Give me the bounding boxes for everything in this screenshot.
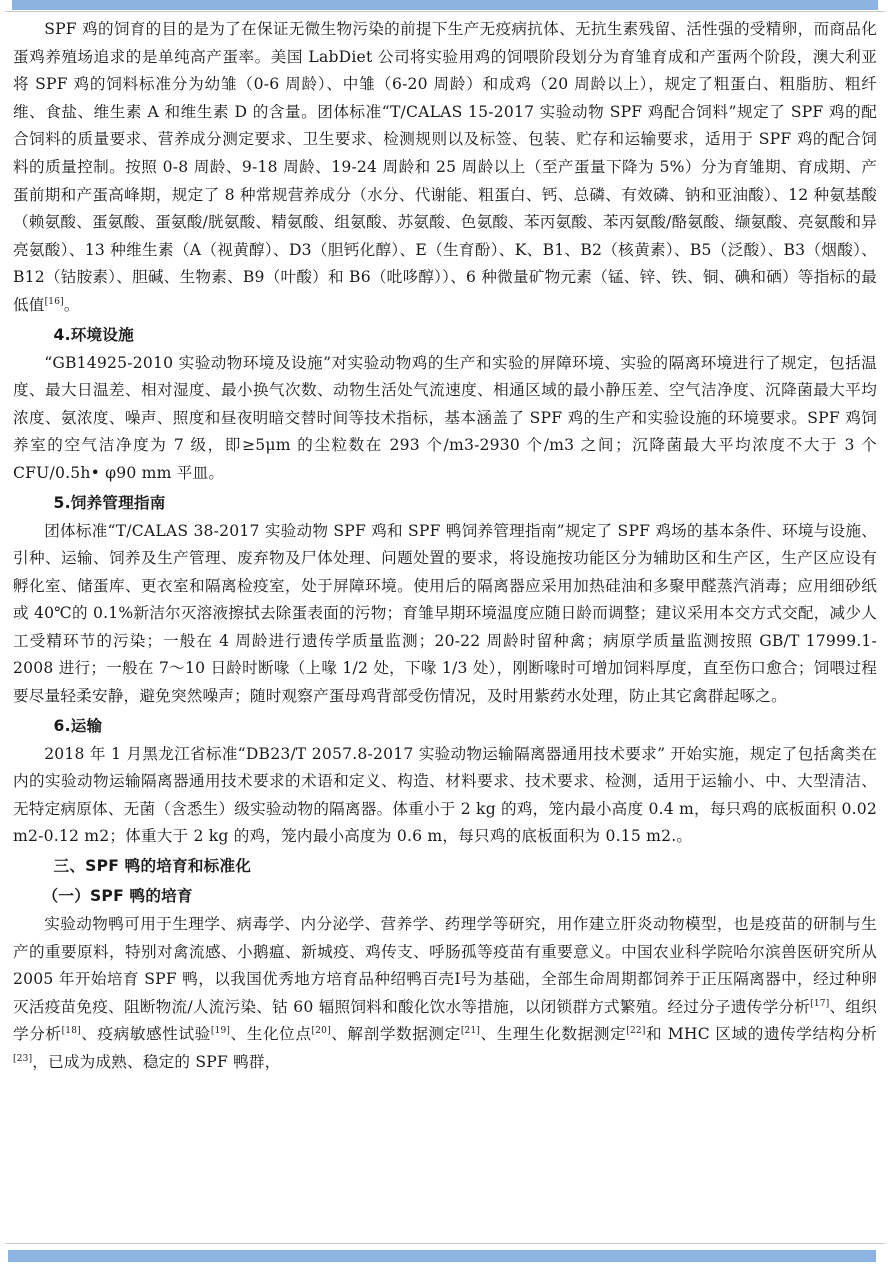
paragraph-text: 和 MHC 区域的遗传学结构分析 <box>646 1025 877 1043</box>
paragraph-text: SPF 鸡的饲育的目的是为了在保证无微生物污染的前提下生产无疫病抗体、无抗生素残… <box>13 20 877 314</box>
paragraph-spf-chicken-feeding: SPF 鸡的饲育的目的是为了在保证无微生物污染的前提下生产无疫病抗体、无抗生素残… <box>13 16 877 320</box>
document-body: SPF 鸡的饲育的目的是为了在保证无微生物污染的前提下生产无疫病抗体、无抗生素残… <box>13 16 877 1077</box>
heading-spf-duck-breeding-standardization: 三、SPF 鸭的培育和标准化 <box>13 851 877 881</box>
footer-rule <box>5 1243 885 1244</box>
heading-husbandry-guide: 5.饲养管理指南 <box>13 488 877 518</box>
citation[interactable]: [22] <box>626 1026 645 1036</box>
subheading-spf-duck-breeding: （一）SPF 鸭的培育 <box>13 881 877 911</box>
paragraph-environment-facilities: “GB14925-2010 实验动物环境及设施”对实验动物鸡的生产和实验的屏障环… <box>13 350 877 488</box>
paragraph-text: 、解剖学数据测定 <box>331 1025 461 1043</box>
paragraph-text: ，已成为成熟、稳定的 SPF 鸭群， <box>32 1053 280 1071</box>
citation[interactable]: [16] <box>45 297 64 307</box>
paragraph-husbandry-guide: 团体标准“T/CALAS 38-2017 实验动物 SPF 鸡和 SPF 鸭饲养… <box>13 518 877 711</box>
paragraph-text: 实验动物鸭可用于生理学、病毒学、内分泌学、营养学、药理学等研究，用作建立肝炎动物… <box>13 915 877 1016</box>
citation[interactable]: [21] <box>461 1026 480 1036</box>
paragraph-text: 、生化位点 <box>230 1025 311 1043</box>
paragraph-transport: 2018 年 1 月黑龙江省标准“DB23/T 2057.8-2017 实验动物… <box>13 741 877 851</box>
heading-environment-facilities: 4.环境设施 <box>13 320 877 350</box>
heading-transport: 6.运输 <box>13 711 877 741</box>
citation[interactable]: [18] <box>62 1026 81 1036</box>
citation[interactable]: [20] <box>312 1026 331 1036</box>
citation[interactable]: [19] <box>211 1026 230 1036</box>
paragraph-tail: 。 <box>64 296 80 314</box>
header-decorative-bar <box>12 0 878 10</box>
paragraph-spf-duck-breeding: 实验动物鸭可用于生理学、病毒学、内分泌学、营养学、药理学等研究，用作建立肝炎动物… <box>13 911 877 1077</box>
paragraph-text: 、疫病敏感性试验 <box>81 1025 211 1043</box>
header-rule <box>5 11 885 12</box>
paragraph-text: 、生理生化数据测定 <box>480 1025 626 1043</box>
footer-decorative-bar <box>8 1250 876 1262</box>
citation[interactable]: [23] <box>13 1054 32 1064</box>
citation[interactable]: [17] <box>810 999 829 1009</box>
